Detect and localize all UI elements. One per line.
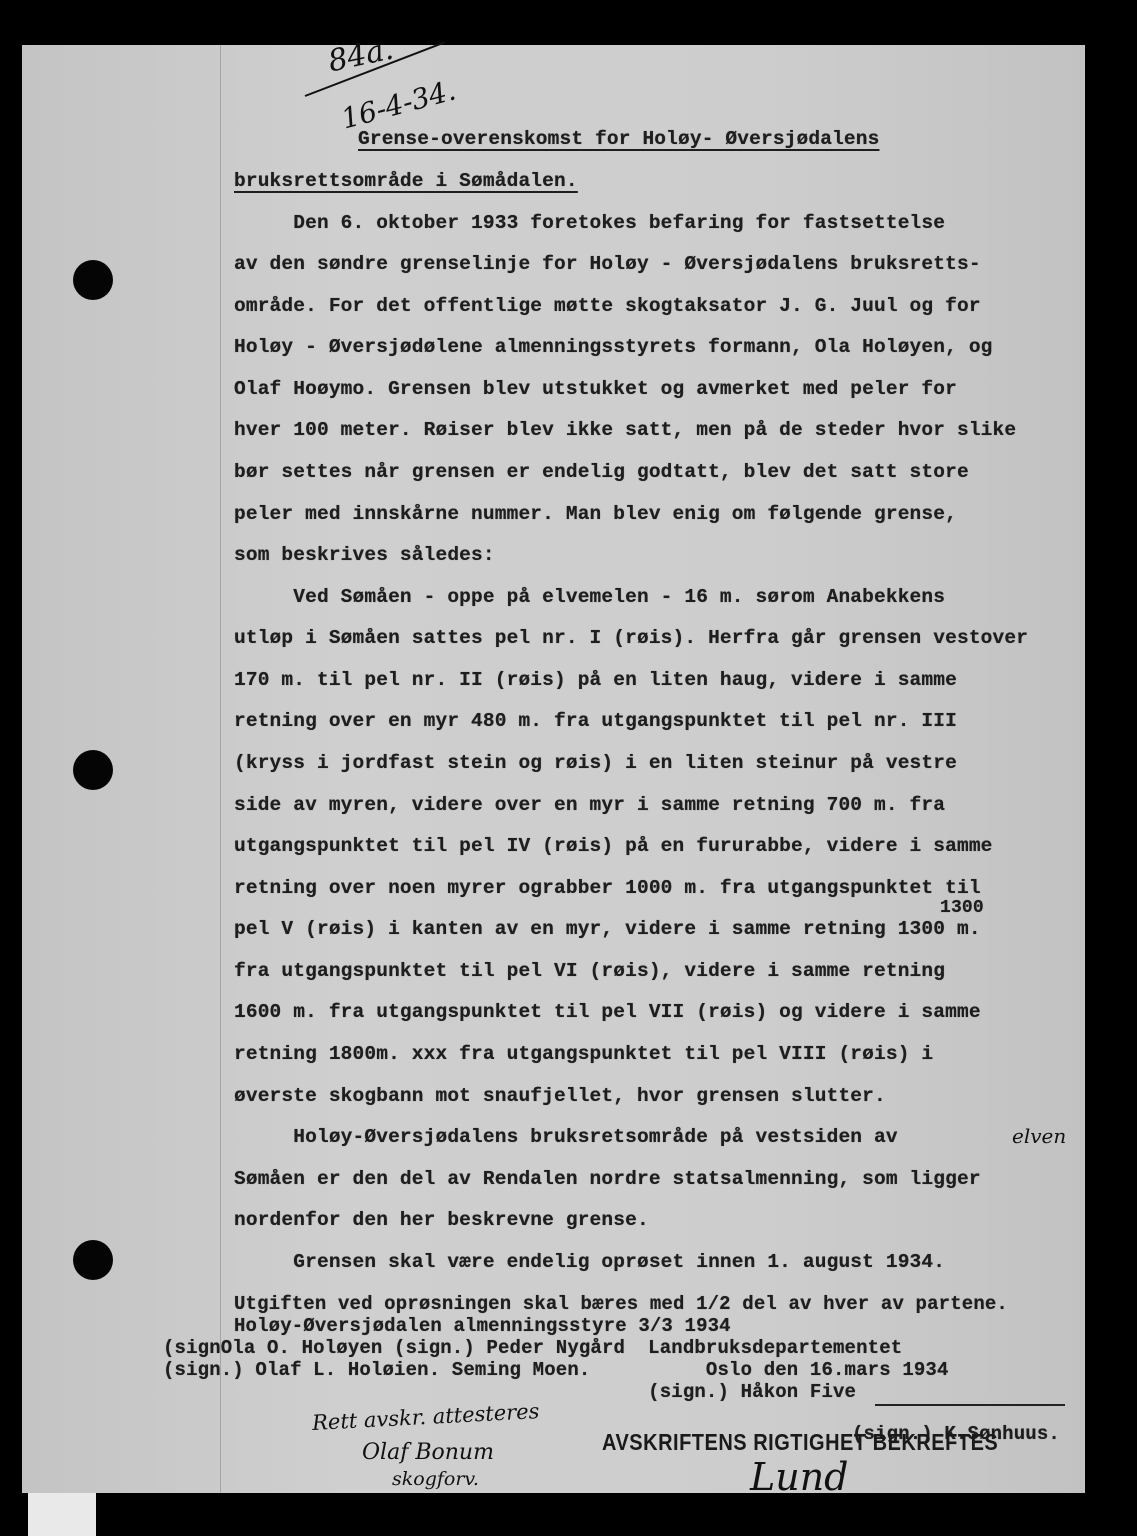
title-line-1: Grense-overenskomst for Holøy- Øversjøda…	[358, 128, 879, 150]
body-line: Ved Sømåen - oppe på elvemelen - 16 m. s…	[234, 586, 945, 608]
closing-line: (signOla O. Holøyen (sign.) Peder Nygård…	[163, 1337, 902, 1359]
punch-hole	[73, 750, 113, 790]
body-line: hver 100 meter. Røiser blev ikke satt, m…	[234, 419, 1016, 441]
body-line: nordenfor den her beskrevne grense.	[234, 1209, 649, 1231]
body-line: Den 6. oktober 1933 foretokes befaring f…	[234, 212, 945, 234]
body-line: Grensen skal være endelig oprøset innen …	[234, 1251, 945, 1273]
body-line: peler med innskårne nummer. Man blev eni…	[234, 503, 957, 525]
body-line: (kryss i jordfast stein og røis) i en li…	[234, 752, 957, 774]
body-line: utgangspunktet til pel IV (røis) på en f…	[234, 835, 993, 857]
closing-line: Holøy-Øversjødalen almenningsstyre 3/3 1…	[234, 1315, 731, 1337]
body-line: retning over noen myrer ograbber 1000 m.…	[234, 877, 981, 899]
margin-line	[220, 45, 221, 1493]
closing-line: (sign.) Olaf L. Holøien. Seming Moen. Os…	[163, 1359, 949, 1381]
body-line: Holøy-Øversjødalens bruksretsområde på v…	[234, 1126, 898, 1148]
body-line: retning 1800m. xxx fra utgangspunktet ti…	[234, 1043, 933, 1065]
body-line: av den søndre grenselinje for Holøy - Øv…	[234, 253, 981, 275]
body-line: bør settes når grensen er endelig godtat…	[234, 461, 969, 483]
closing-line: Utgiften ved oprøsningen skal bæres med …	[234, 1293, 1008, 1315]
body-line: område. For det offentlige møtte skogtak…	[234, 295, 981, 317]
interlinear-correction: 1300	[940, 898, 984, 918]
body-line: fra utgangspunktet til pel VI (røis), vi…	[234, 960, 945, 982]
body-line: øverste skogbann mot snaufjellet, hvor g…	[234, 1085, 886, 1107]
punch-hole	[73, 1240, 113, 1280]
body-line: Sømåen er den del av Rendalen nordre sta…	[234, 1168, 981, 1190]
body-line: utløp i Sømåen sattes pel nr. I (røis). …	[234, 627, 1028, 649]
certification-stamp: AVSKRIFTENS RIGTIGHET BEKREFTES	[602, 1430, 998, 1456]
handwritten-attest-line-2: Olaf Bonum	[362, 1440, 494, 1465]
punch-hole	[73, 260, 113, 300]
body-line: 170 m. til pel nr. II (røis) på en liten…	[234, 669, 957, 691]
signature-rule	[875, 1404, 1065, 1406]
title-line-2: bruksrettsområde i Sømådalen.	[234, 170, 578, 192]
body-line: Holøy - Øversjødølene almenningsstyrets …	[234, 336, 993, 358]
body-line: Olaf Hoøymo. Grensen blev utstukket og a…	[234, 378, 957, 400]
body-line: pel V (røis) i kanten av en myr, videre …	[234, 918, 981, 940]
body-line: side av myren, videre over en myr i samm…	[234, 794, 945, 816]
body-line: 1600 m. fra utgangspunktet til pel VII (…	[234, 1001, 981, 1023]
handwritten-insert: elven	[1012, 1124, 1066, 1148]
body-line: som beskrives således:	[234, 544, 495, 566]
handwritten-signature: Lund	[750, 1455, 849, 1499]
film-edge	[28, 1493, 96, 1536]
handwritten-attest-line-3: skogforv.	[392, 1468, 479, 1490]
body-line: retning over en myr 480 m. fra utgangspu…	[234, 710, 957, 732]
